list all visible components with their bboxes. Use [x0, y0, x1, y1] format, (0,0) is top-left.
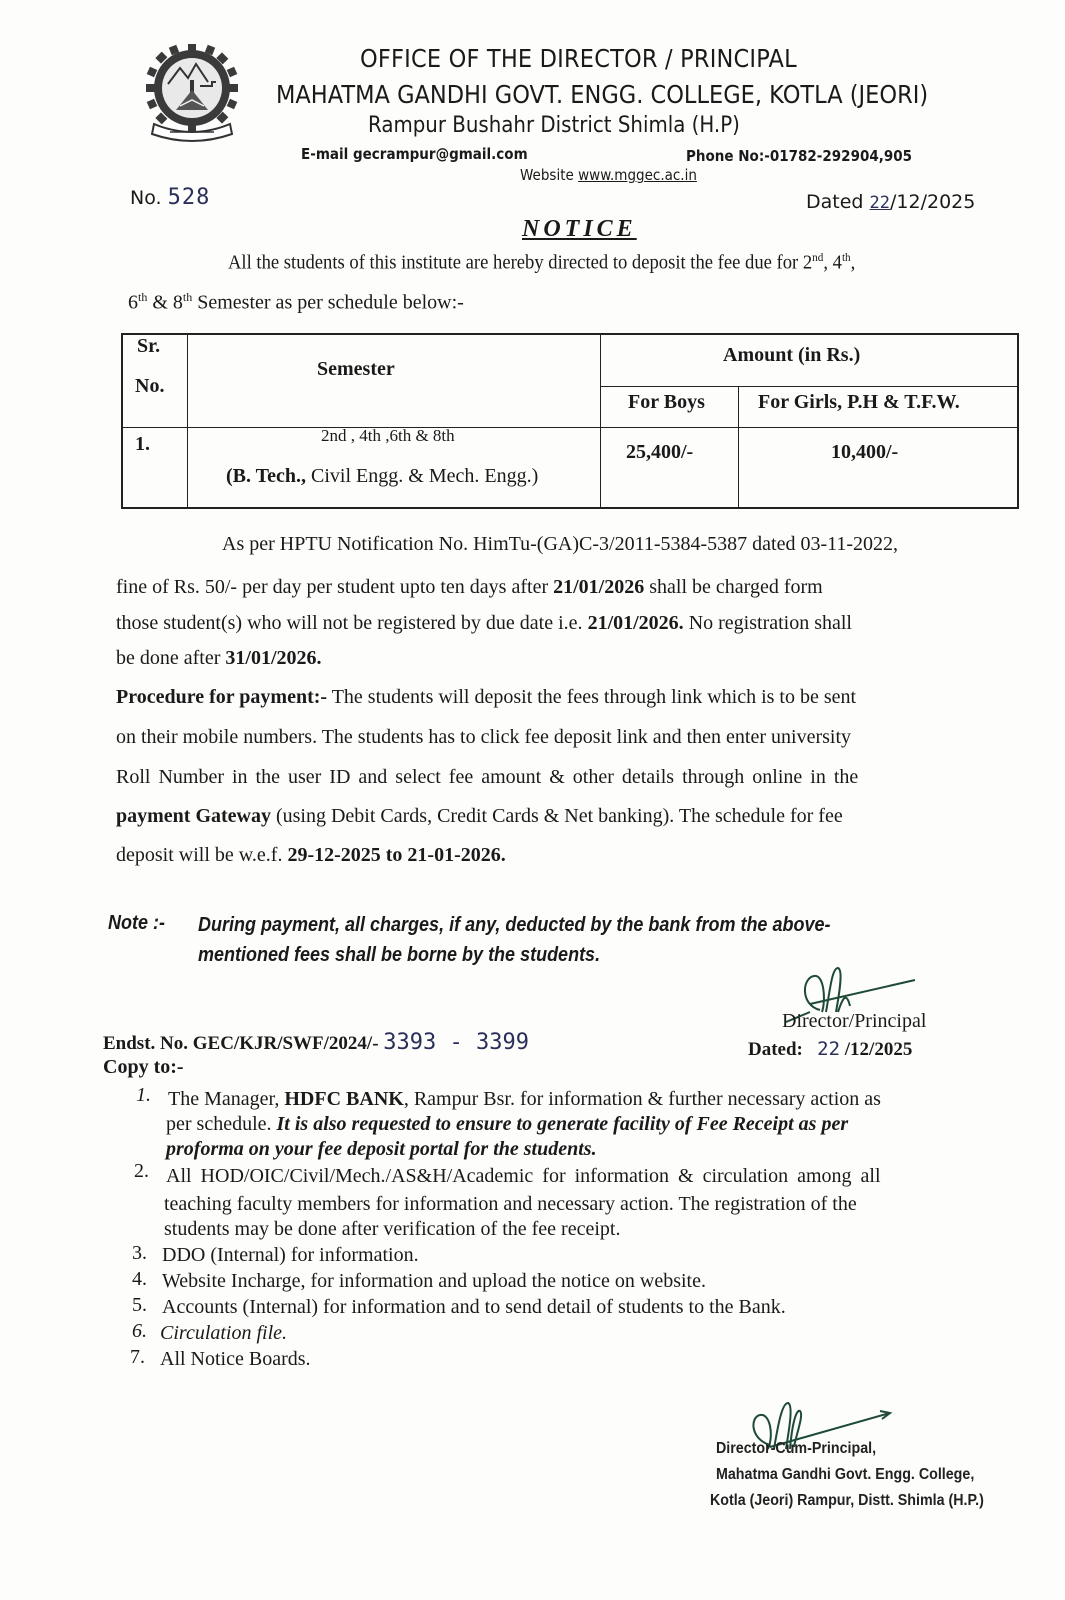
row-semesters: 2nd , 4th ,6th & 8th [321, 426, 455, 446]
notice-document: OFFICE OF THE DIRECTOR / PRINCIPAL MAHAT… [0, 0, 1065, 1600]
header-amount: Amount (in Rs.) [723, 344, 860, 367]
stamp-address: Kotla (Jeori) Rampur, Distt. Shimla (H.P… [710, 1492, 984, 1510]
fine-line-1: As per HPTU Notification No. HimTu-(GA)C… [222, 533, 898, 556]
procedure-label: Procedure for payment:- [116, 686, 327, 708]
list-number: 7. [130, 1346, 145, 1369]
bank-name: HDFC BANK [284, 1088, 403, 1110]
list-item-cont: students may be done after verification … [164, 1218, 620, 1241]
list-number: 4. [132, 1268, 147, 1291]
intro-text: & 8 [147, 292, 183, 314]
row-boys-fee: 25,400/- [626, 441, 693, 464]
signatory-title: Director/Principal [782, 1010, 926, 1033]
list-item-cont: per schedule. It is also requested to en… [166, 1113, 848, 1136]
table-divider [187, 335, 188, 507]
endorsement-date-rest: /12/2025 [840, 1039, 912, 1060]
procedure-line-1: Procedure for payment:- The students wil… [116, 686, 856, 709]
table-divider [123, 427, 1017, 428]
notice-date: Dated 22/12/2025 [806, 191, 975, 213]
website-line: Website www.mggec.ac.in [520, 166, 697, 184]
phone-label: Phone No:- [686, 147, 770, 165]
text: The students will deposit the fees throu… [327, 686, 856, 708]
list-number: 1. [136, 1084, 151, 1107]
email-address[interactable]: gecrampur@gmail.com [353, 145, 528, 163]
text: deposit will be w.e.f. [116, 844, 287, 866]
list-item: Accounts (Internal) for information and … [162, 1296, 786, 1319]
endorsement-label: Endst. No. GEC/KJR/SWF/2024/- [103, 1033, 379, 1054]
phone-number: 01782-292904,905 [770, 147, 912, 165]
notice-date-rest: /12/2025 [890, 191, 975, 213]
list-number: 5. [132, 1294, 147, 1317]
intro-text: , 4 [823, 252, 842, 274]
reference-number-label: No. [130, 187, 162, 209]
header-boys: For Boys [628, 391, 705, 414]
phone-line: Phone No:-01782-292904,905 [686, 147, 912, 165]
header-sr: Sr. [137, 335, 160, 358]
endorsement-range: 3393 - 3399 [383, 1030, 529, 1055]
list-number: 3. [132, 1242, 147, 1265]
text: The Manager, [168, 1088, 284, 1110]
notice-date-label: Dated [806, 191, 863, 213]
superscript: th [183, 290, 192, 304]
superscript: th [842, 250, 851, 264]
copy-to-heading: Copy to:- [103, 1056, 184, 1079]
header-girls: For Girls, P.H & T.F.W. [758, 391, 960, 414]
text: shall be charged form [644, 576, 822, 598]
date-range-bold: 29-12-2025 to 21-01-2026. [287, 844, 505, 866]
procedure-line-4: payment Gateway (using Debit Cards, Cred… [116, 805, 843, 828]
list-item: Circulation file. [160, 1322, 287, 1345]
text: (using Debit Cards, Credit Cards & Net b… [271, 805, 843, 827]
list-item: Website Incharge, for information and up… [162, 1270, 706, 1293]
procedure-line-3: Roll Number in the user ID and select fe… [116, 766, 858, 789]
note-line-2: mentioned fees shall be borne by the stu… [198, 944, 600, 967]
text: per schedule. [166, 1113, 277, 1135]
superscript: nd [812, 250, 823, 264]
list-item-cont: proforma on your fee deposit portal for … [166, 1138, 597, 1161]
note-label: Note :- [108, 912, 165, 935]
text: be done after [116, 647, 225, 669]
course-bold: (B. Tech., [226, 465, 306, 487]
office-title: OFFICE OF THE DIRECTOR / PRINCIPAL [360, 44, 797, 73]
text: No registration shall [684, 612, 852, 634]
list-number: 6. [132, 1320, 147, 1343]
table-divider [600, 386, 1017, 387]
superscript: th [138, 290, 147, 304]
stamp-title: Director-Cum-Principal, [716, 1440, 876, 1458]
request-text: It is also requested to ensure to genera… [277, 1113, 849, 1135]
date-bold: 21/01/2026. [588, 612, 684, 634]
reference-number-value: 528 [168, 185, 211, 210]
list-item: The Manager, HDFC BANK, Rampur Bsr. for … [168, 1088, 881, 1111]
intro-text: 6 [128, 292, 138, 314]
endorsement-number: Endst. No. GEC/KJR/SWF/2024/- 3393 - 339… [103, 1030, 529, 1055]
date-bold: 31/01/2026. [225, 647, 321, 669]
email-line: E-mail gecrampur@gmail.com [301, 145, 528, 163]
notice-date-day: 22 [870, 193, 890, 213]
procedure-line-5: deposit will be w.e.f. 29-12-2025 to 21-… [116, 844, 506, 867]
text: those student(s) who will not be registe… [116, 612, 588, 634]
fine-line-2: fine of Rs. 50/- per day per student upt… [116, 576, 823, 599]
text: fine of Rs. 50/- per day per student upt… [116, 576, 553, 598]
note-line-1: During payment, all charges, if any, ded… [198, 914, 830, 937]
fine-line-3: those student(s) who will not be registe… [116, 612, 852, 635]
notice-heading: NOTICE [522, 216, 637, 243]
row-course: (B. Tech., Civil Engg. & Mech. Engg.) [226, 465, 538, 488]
text: , Rampur Bsr. for information & further … [404, 1088, 881, 1110]
row-sr: 1. [135, 433, 150, 456]
intro-text: Semester as per schedule below:- [192, 292, 464, 314]
list-item: DDO (Internal) for information. [162, 1244, 419, 1267]
procedure-line-2: on their mobile numbers. The students ha… [116, 726, 851, 749]
header-semester: Semester [317, 358, 395, 381]
request-text: proforma on your fee deposit portal for … [166, 1138, 597, 1160]
intro-text: All the students of this institute are h… [228, 252, 812, 274]
email-label: E-mail [301, 145, 348, 163]
college-emblem-icon [140, 40, 244, 144]
course-rest: Civil Engg. & Mech. Engg.) [306, 465, 538, 487]
endorsement-date: Dated: 22 /12/2025 [748, 1038, 912, 1061]
stamp-college: Mahatma Gandhi Govt. Engg. College, [716, 1466, 974, 1484]
college-address: Rampur Bushahr District Shimla (H.P) [368, 113, 740, 138]
list-item-cont: teaching faculty members for information… [164, 1193, 857, 1216]
list-number: 2. [134, 1160, 149, 1183]
intro-line-1: All the students of this institute are h… [228, 250, 855, 275]
website-label: Website [520, 166, 574, 184]
fine-line-4: be done after 31/01/2026. [116, 647, 322, 670]
intro-line-2: 6th & 8th Semester as per schedule below… [128, 290, 464, 315]
reference-number: No. 528 [130, 185, 210, 210]
table-divider [738, 386, 739, 507]
row-girls-fee: 10,400/- [831, 441, 898, 464]
intro-text: , [851, 252, 856, 274]
date-bold: 21/01/2026 [553, 576, 644, 598]
endorsement-date-label: Dated: [748, 1039, 803, 1060]
header-no: No. [135, 375, 164, 398]
endorsement-date-day: 22 [817, 1038, 840, 1060]
table-divider [600, 335, 601, 507]
list-item: All HOD/OIC/Civil/Mech./AS&H/Academic fo… [166, 1165, 881, 1188]
college-name: MAHATMA GANDHI GOVT. ENGG. COLLEGE, KOTL… [276, 80, 928, 109]
gateway-bold: payment Gateway [116, 805, 271, 827]
list-item: All Notice Boards. [160, 1348, 311, 1371]
fee-schedule-table: Sr. No. Semester Amount (in Rs.) For Boy… [121, 333, 1019, 509]
website-link[interactable]: www.mggec.ac.in [578, 166, 697, 184]
